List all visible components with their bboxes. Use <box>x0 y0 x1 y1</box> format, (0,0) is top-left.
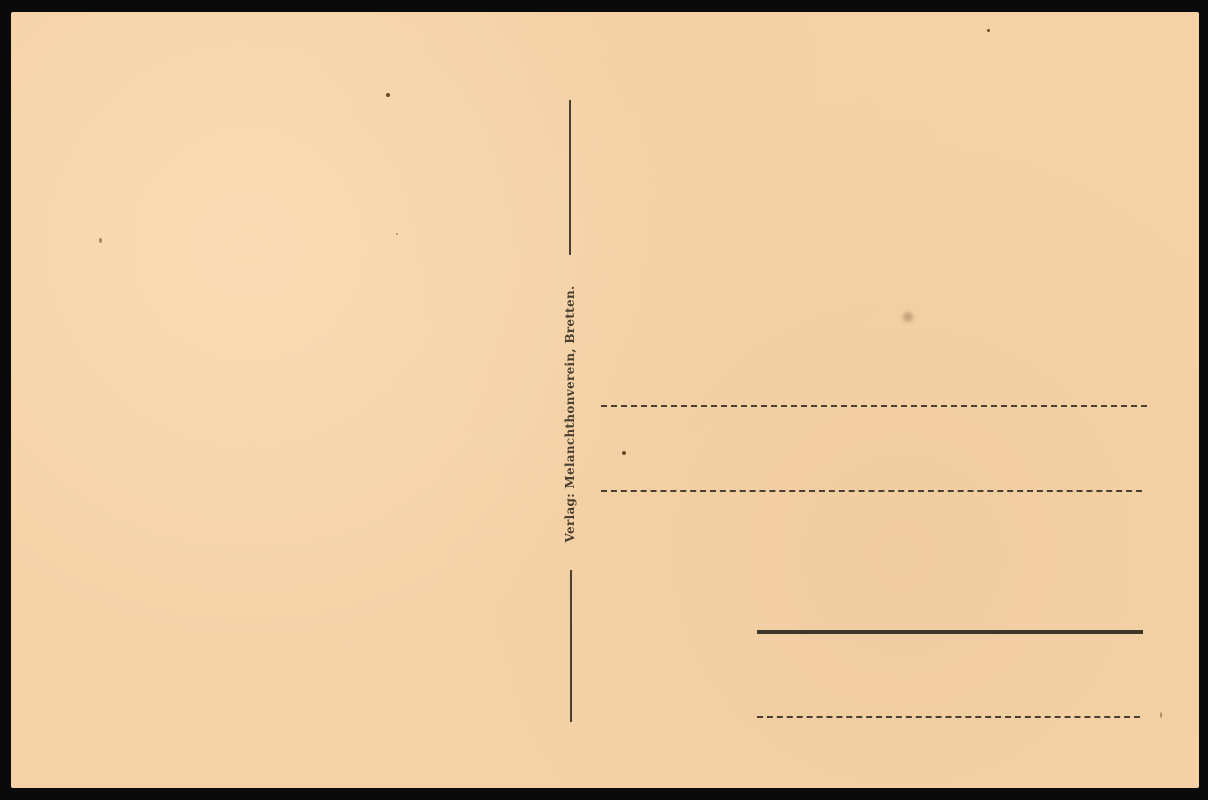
paper-speck <box>1160 712 1162 718</box>
paper-stain <box>903 312 913 322</box>
address-line-1 <box>601 405 1147 407</box>
paper-speck <box>386 93 390 97</box>
address-line-3 <box>757 630 1143 634</box>
divider-line-bottom <box>570 570 572 722</box>
publisher-imprint: Verlag: Melanchthonverein, Bretten. <box>563 276 577 552</box>
divider-line-top <box>569 100 571 255</box>
paper-speck <box>396 233 398 235</box>
address-line-4 <box>757 716 1140 718</box>
address-line-2 <box>601 490 1142 492</box>
postcard-back <box>11 12 1199 788</box>
paper-speck <box>622 451 626 455</box>
paper-speck <box>987 29 990 32</box>
paper-speck <box>99 238 102 243</box>
